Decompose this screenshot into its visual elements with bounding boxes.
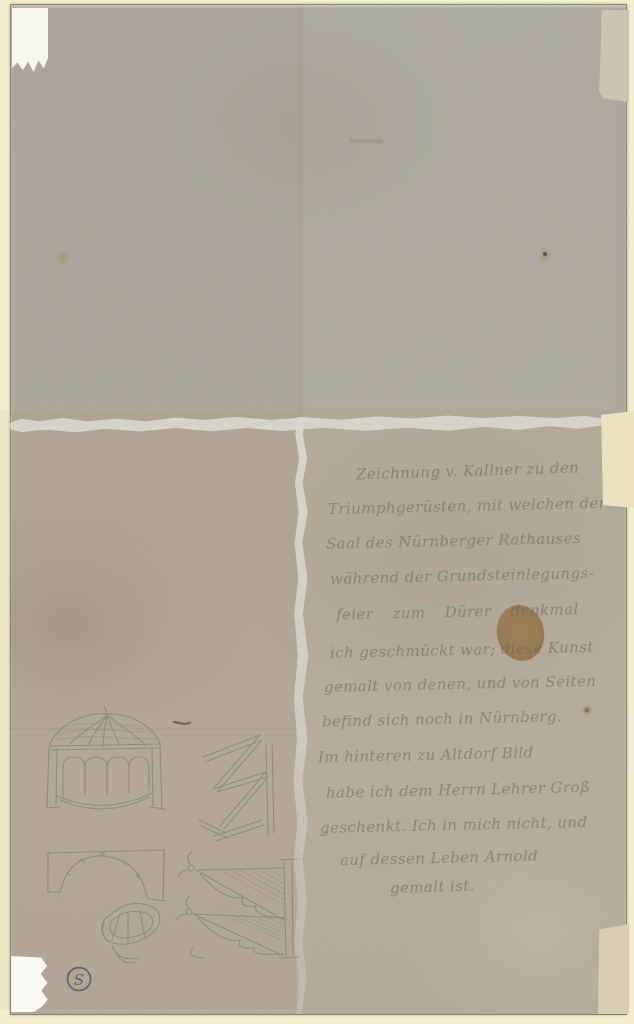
paper-sheet: [10, 4, 627, 1015]
paper-mottling: [11, 5, 626, 1014]
scanned-document: S Zeichnung v. Kallner zu den Triumphger…: [0, 0, 634, 1024]
